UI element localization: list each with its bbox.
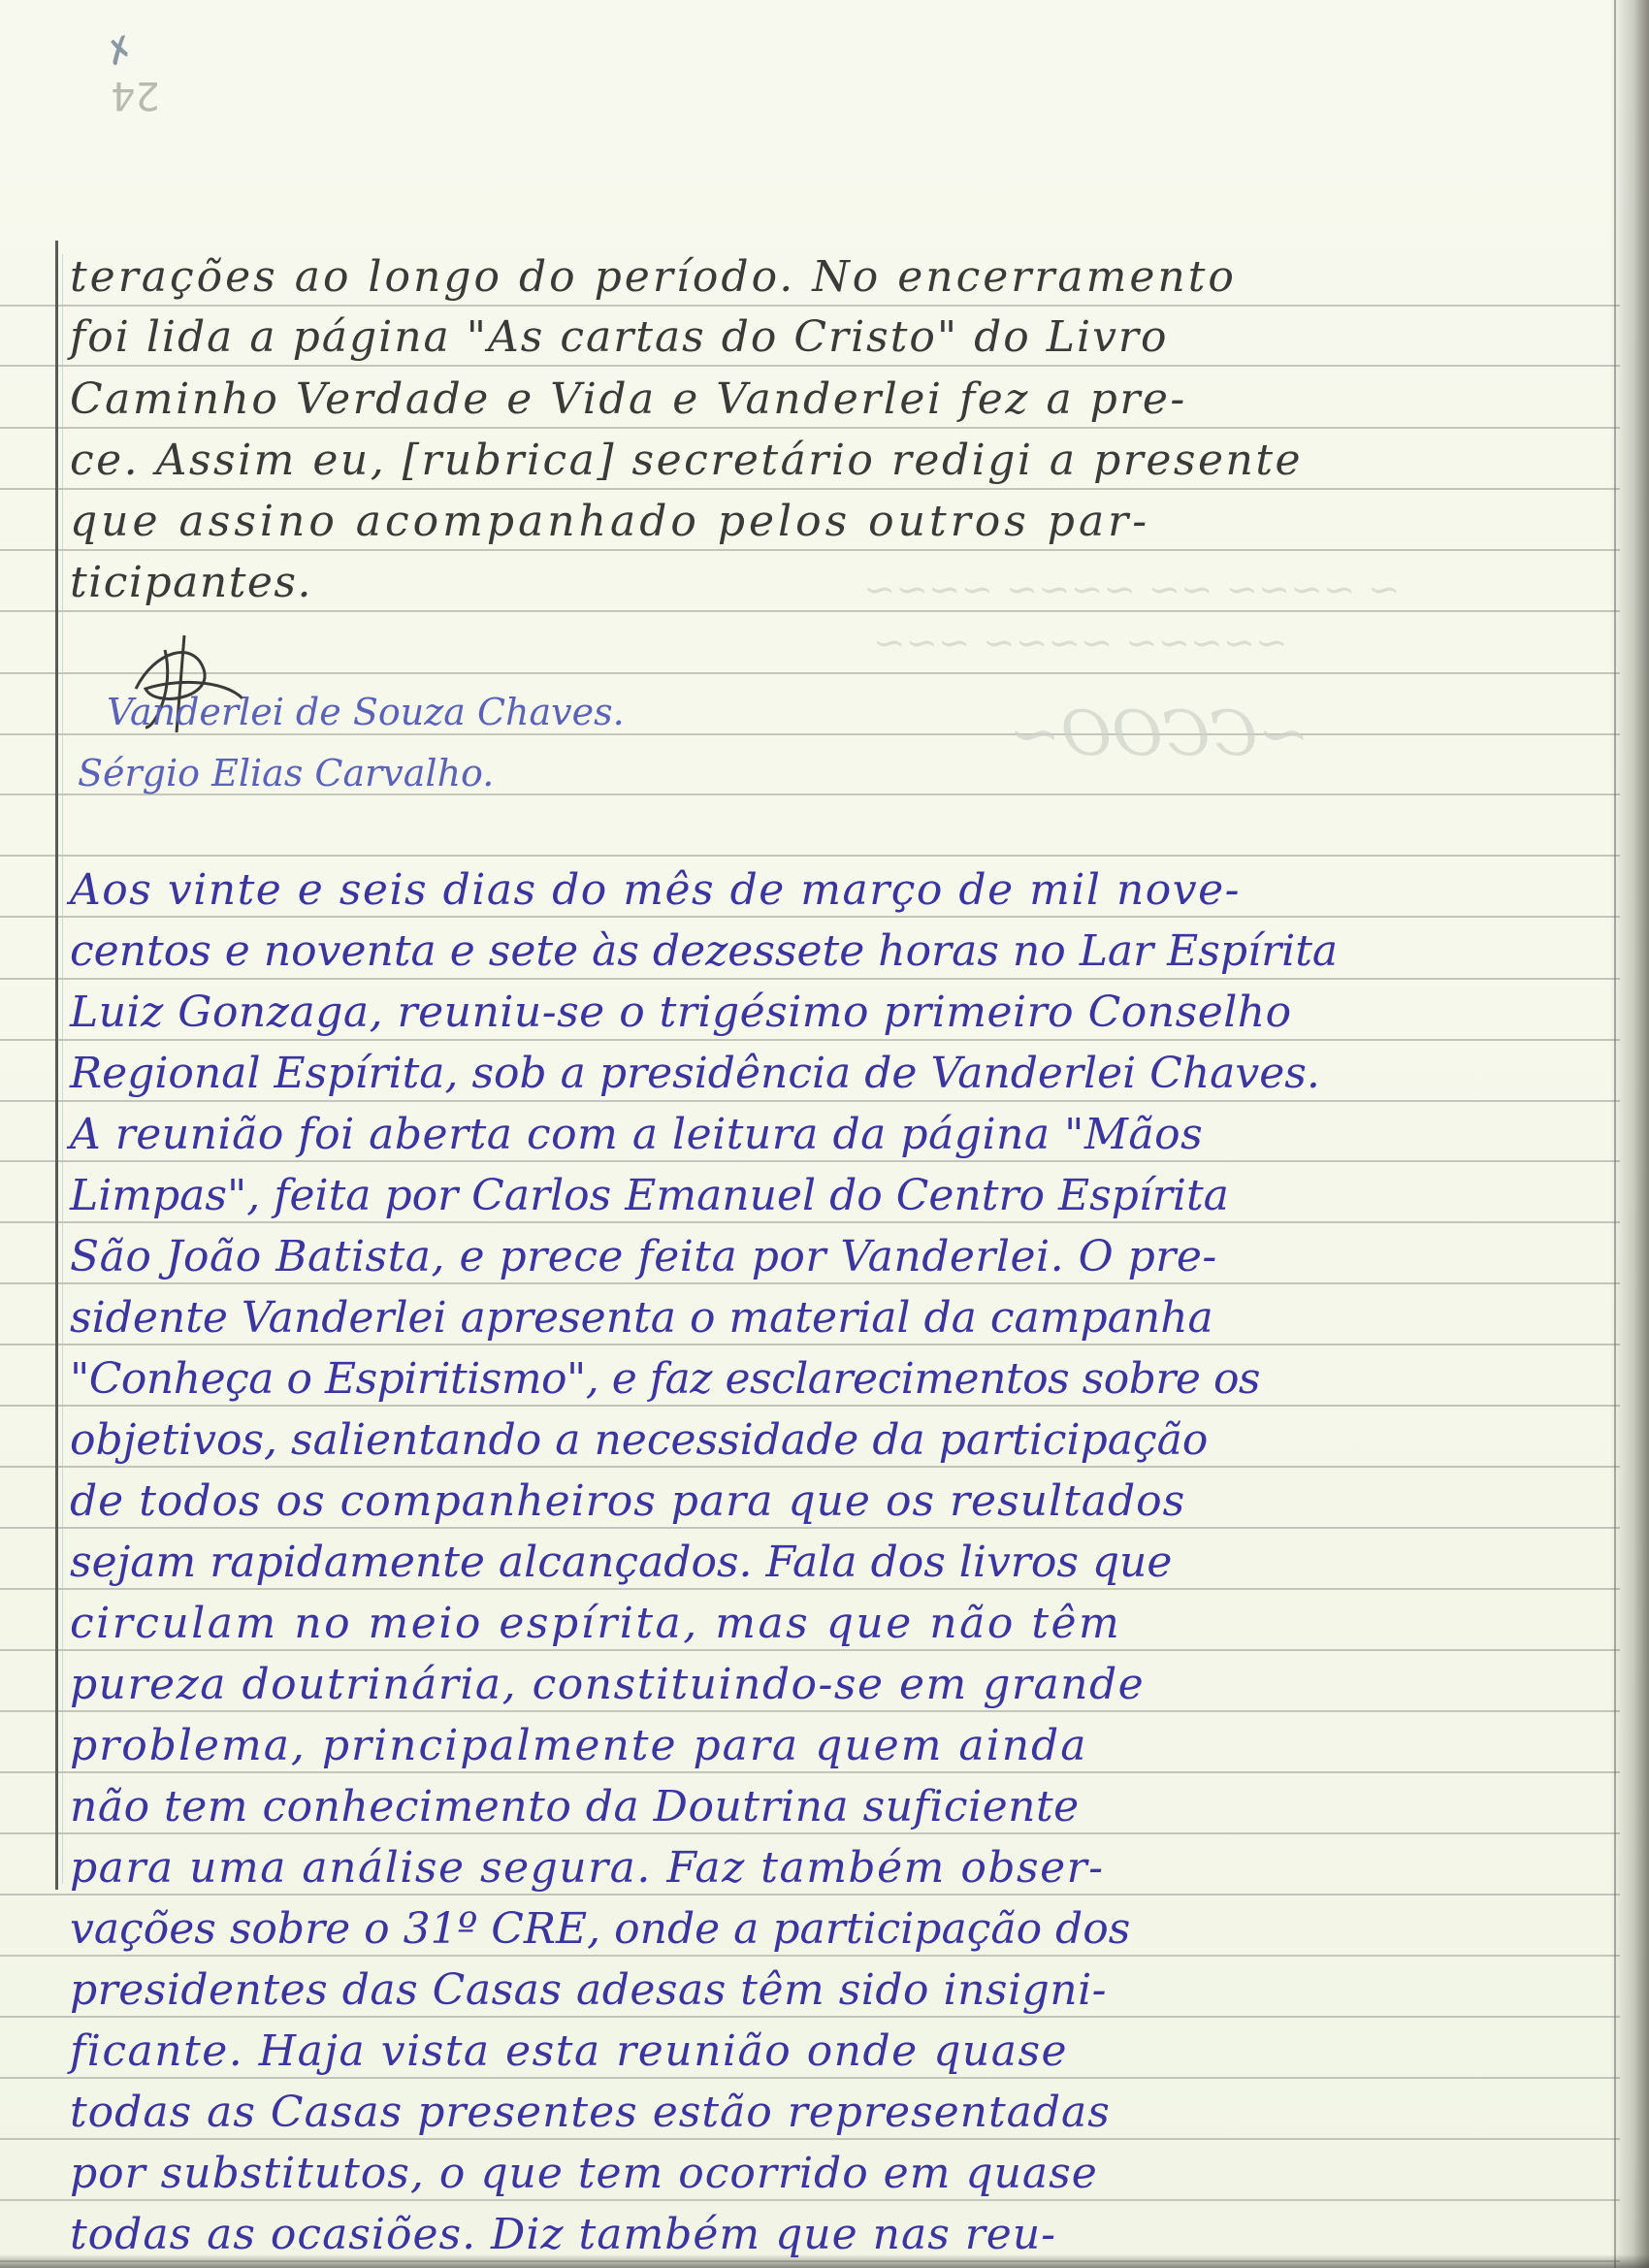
text-line: sidente Vanderlei apresenta o material d…: [70, 1291, 1213, 1345]
text-line: problema, principalmente para quem ainda: [70, 1719, 1087, 1773]
text-line: A reunião foi aberta com a leitura da pá…: [70, 1108, 1203, 1162]
text-line: Luiz Gonzaga, reuniu-se o trigésimo prim…: [70, 986, 1292, 1040]
text-line: ticipantes.: [70, 556, 312, 610]
signature: Vanderlei de Souza Chaves.: [107, 691, 625, 733]
page-bottom-shadow: [0, 2254, 1649, 2268]
text-line: Regional Espírita, sob a presidência de …: [70, 1047, 1320, 1101]
text-line: circulam no meio espírita, mas que não t…: [70, 1597, 1121, 1651]
text-line: para uma análise segura. Faz também obse…: [70, 1841, 1105, 1895]
text-line: sejam rapidamente alcançados. Fala dos l…: [70, 1536, 1172, 1590]
text-line: que assino acompanhado pelos outros par-: [70, 495, 1150, 549]
text-line: por substitutos, o que tem ocorrido em q…: [70, 2147, 1098, 2201]
text-line: Caminho Verdade e Vida e Vanderlei fez a…: [70, 373, 1187, 427]
text-line: todas as Casas presentes estão represent…: [70, 2086, 1111, 2140]
text-line: Limpas", feita por Carlos Emanuel do Cen…: [70, 1169, 1229, 1223]
bleed-through-text: ~ ~~~~ ~~ ~~~~ ~~~~: [863, 567, 1401, 612]
text-line: São João Batista, e prece feita por Vand…: [70, 1230, 1217, 1284]
text-line: de todos os companheiros para que os res…: [70, 1474, 1185, 1529]
text-line: Aos vinte e seis dias do mês de março de…: [70, 863, 1241, 918]
folio-number: ✗ 24: [105, 27, 160, 117]
text-line: terações ao longo do período. No encerra…: [70, 250, 1237, 305]
text-line: vações sobre o 31º CRE, onde a participa…: [70, 1902, 1130, 1957]
text-line: "Conheça o Espiritismo", e faz esclareci…: [70, 1352, 1260, 1407]
text-line: foi lida a página "As cartas do Cristo" …: [70, 310, 1168, 365]
page-edge-shadow: [1610, 0, 1649, 2268]
signature: Sérgio Elias Carvalho.: [78, 752, 494, 794]
left-margin-line: [55, 241, 58, 1890]
text-line: ce. Assim eu, [rubrica] secretário redig…: [70, 434, 1303, 488]
left-margin-guide: [62, 254, 63, 1884]
check-mark-icon: ✗: [100, 19, 165, 76]
page-number: 24: [111, 73, 160, 117]
text-line: presidentes das Casas adesas têm sido in…: [70, 1963, 1107, 2018]
notebook-page: ✗ 24 ~ ~~~~ ~~ ~~~~ ~~~~ ~~~~~ ~~~~ ~~~ …: [0, 0, 1649, 2268]
bleed-through-text: ~~~~~ ~~~~ ~~~: [873, 621, 1288, 665]
text-line: não tem conhecimento da Doutrina suficie…: [70, 1780, 1080, 1834]
text-line: pureza doutrinária, constituindo-se em g…: [70, 1658, 1145, 1712]
text-line: centos e noventa e sete às dezessete hor…: [70, 924, 1338, 979]
bleed-through-signature: ~CCOO~: [1009, 698, 1309, 770]
text-line: ficante. Haja vista esta reunião onde qu…: [70, 2025, 1068, 2079]
text-line: objetivos, salientando a necessidade da …: [70, 1413, 1208, 1468]
